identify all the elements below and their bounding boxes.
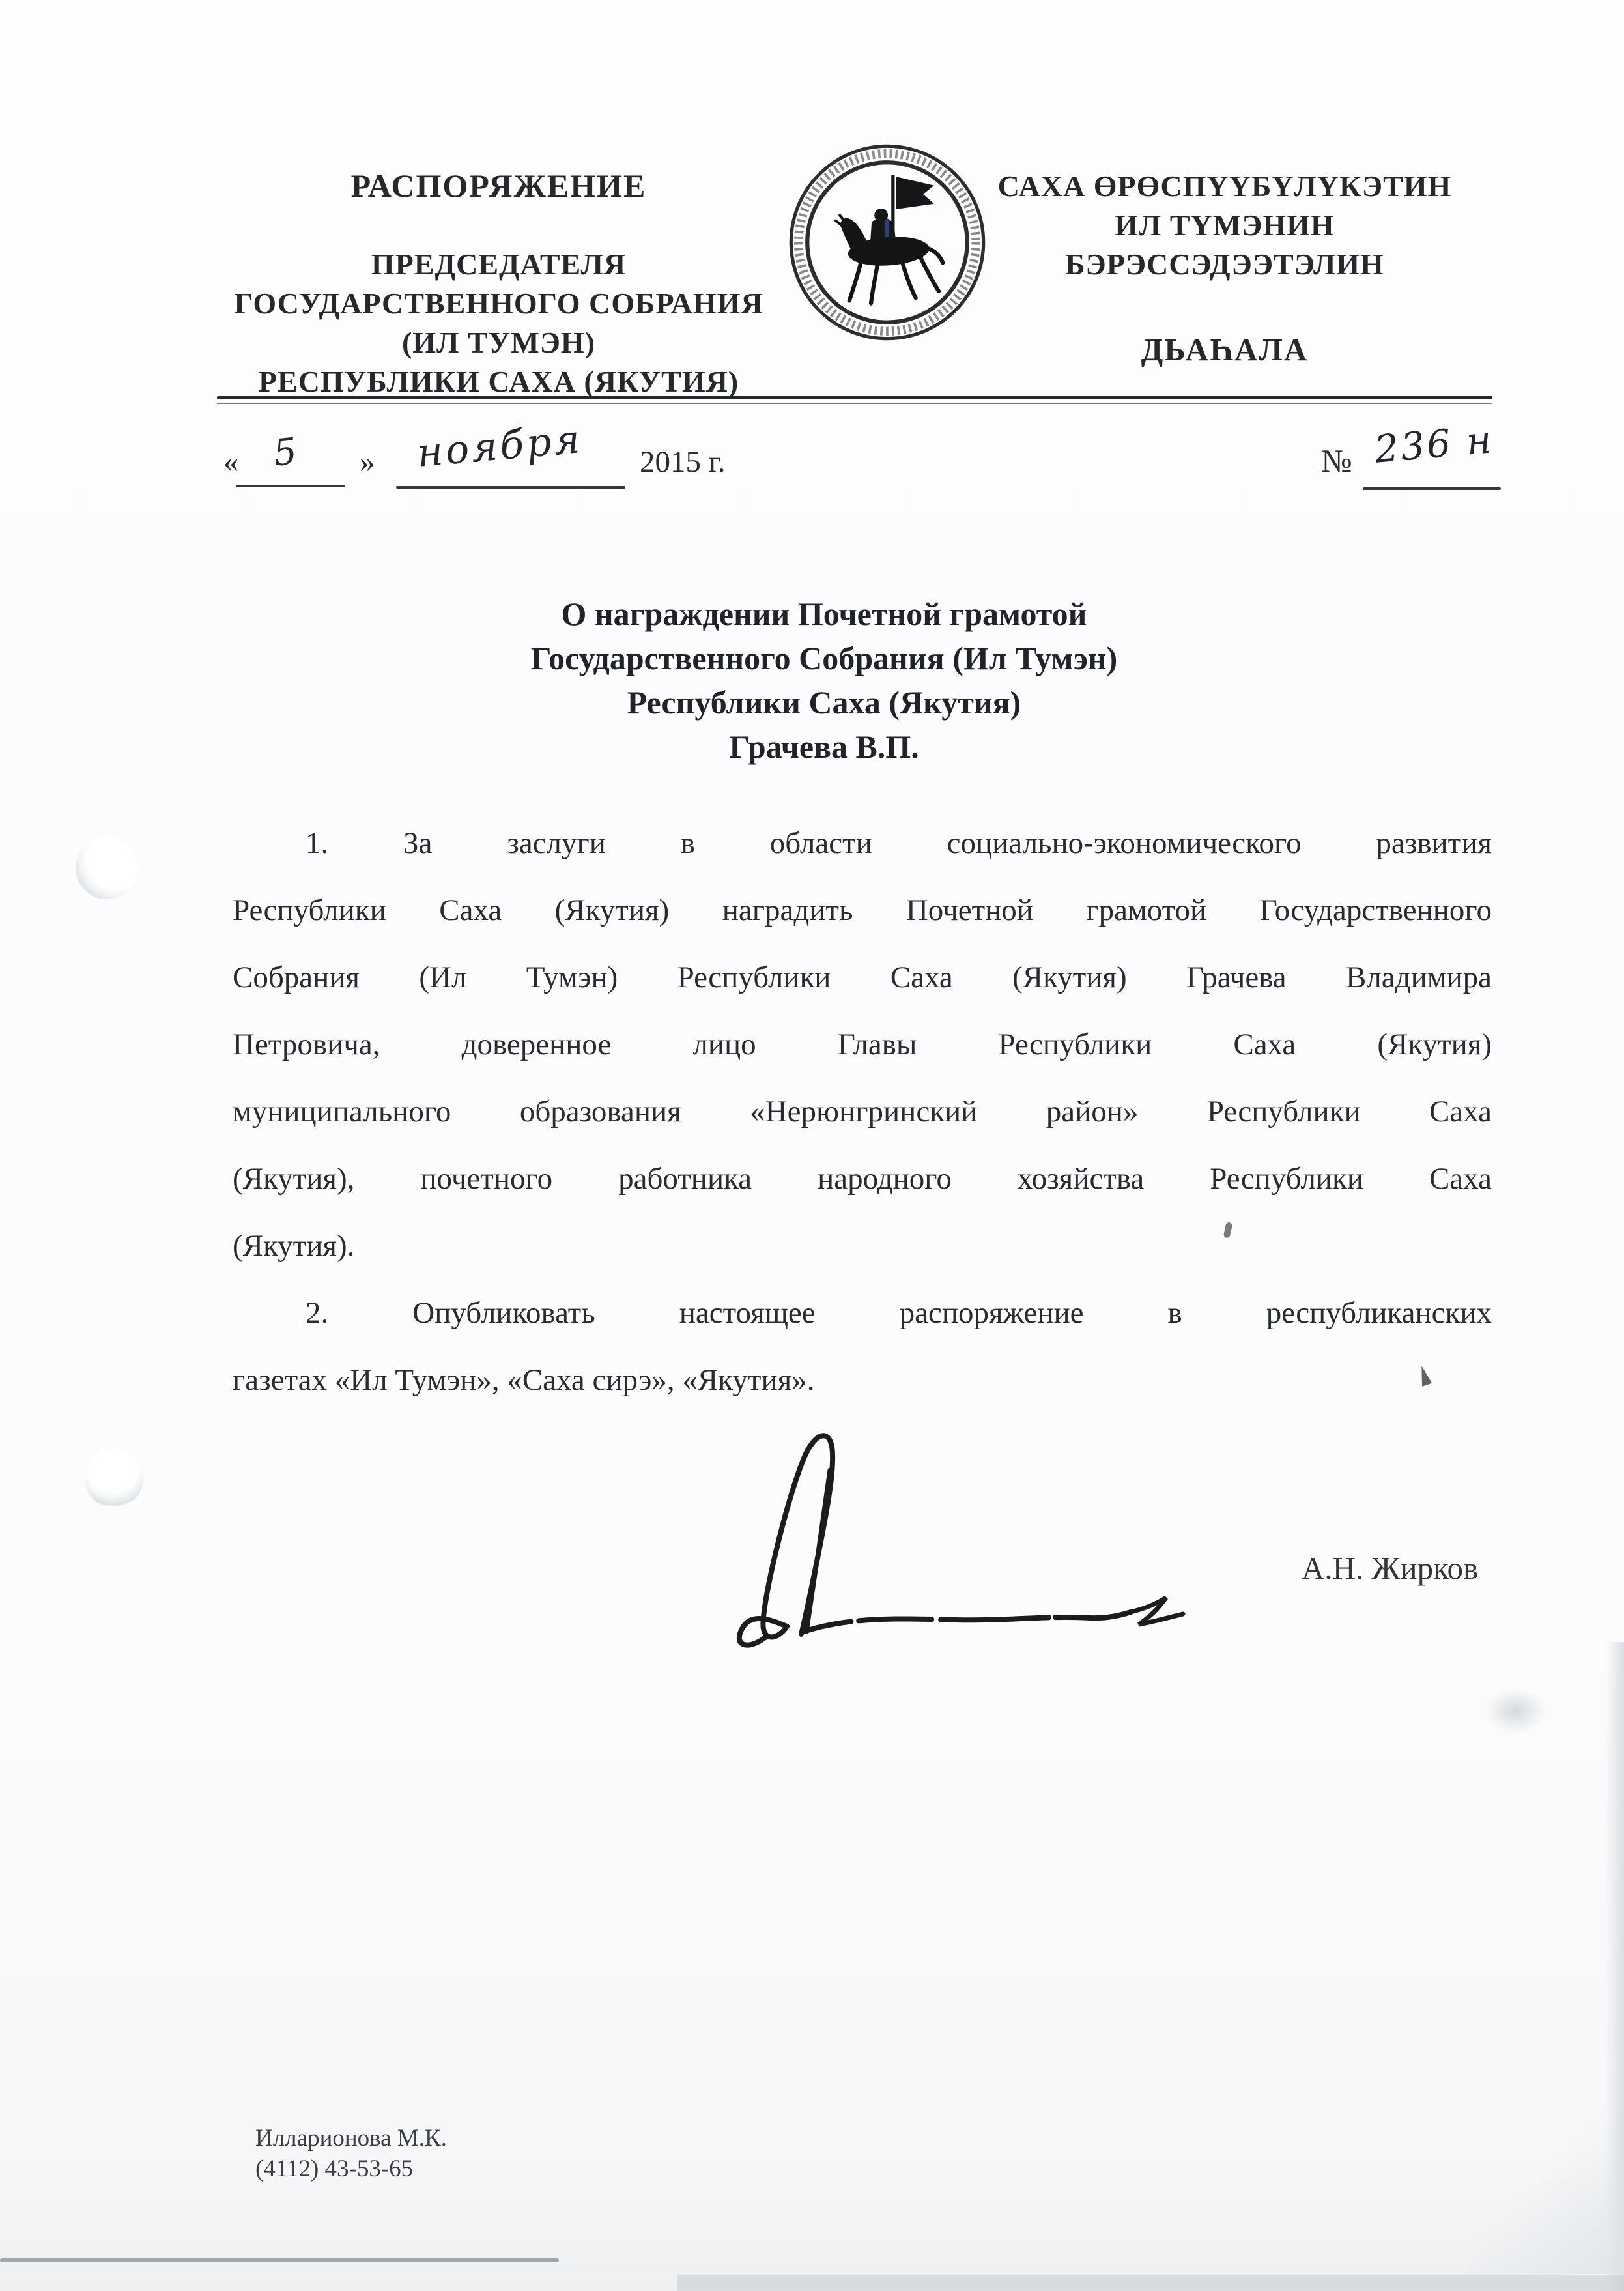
number-handwritten: 236 н [1373, 417, 1495, 472]
doc-type-yakut: ДЬАҺАЛА [964, 331, 1485, 368]
date-month-underline [396, 486, 625, 489]
document-title: О награждении Почетной грамотой Государс… [0, 592, 1624, 769]
letterhead-line: БЭРЭССЭДЭЭТЭЛИН [964, 245, 1485, 284]
executor-block: Илларионова М.К. (4112) 43-53-65 [255, 2123, 447, 2184]
scan-bottom-line [0, 2258, 559, 2262]
date-close-quote: » [360, 444, 375, 480]
letterhead-line: (ИЛ ТУМЭН) [194, 323, 803, 362]
letterhead-line: ГОСУДАРСТВЕННОГО СОБРАНИЯ [194, 284, 803, 323]
body-line: (Якутия), почетного работника народного … [233, 1147, 1492, 1215]
header-divider-shadow [217, 403, 1492, 404]
title-line: Республики Саха (Якутия) [0, 680, 1624, 725]
date-day-handwritten: 5 [272, 430, 299, 474]
document-body: 1. За заслуги в области социально-эконом… [233, 812, 1492, 1416]
number-sign: № [1321, 442, 1352, 480]
body-line: 2. Опубликовать настоящее распоряжение в… [233, 1282, 1492, 1349]
body-line: 1. За заслуги в области социально-эконом… [233, 812, 1492, 879]
sakha-state-seal-horse-rider-icon [786, 141, 989, 344]
title-line: О награждении Почетной грамотой [0, 592, 1624, 636]
title-line: Государственного Собрания (Ил Тумэн) [0, 636, 1624, 680]
doc-type-russian: РАСПОРЯЖЕНИЕ [194, 167, 803, 205]
scan-smudge [1474, 1680, 1558, 1742]
executor-phone: (4112) 43-53-65 [255, 2154, 447, 2184]
scanned-decree-page: РАСПОРЯЖЕНИЕ ПРЕДСЕДАТЕЛЯ ГОСУДАРСТВЕННО… [0, 0, 1624, 2291]
hole-punch-mark [85, 1449, 143, 1508]
body-line: Собрания (Ил Тумэн) Республики Саха (Яку… [233, 946, 1492, 1013]
header-divider [217, 396, 1492, 399]
letterhead-line: САХА ӨРӨСПҮҮБҮЛҮКЭТИН [964, 167, 1485, 206]
title-line: Грачева В.П. [0, 725, 1624, 769]
body-line: газетах «Ил Тумэн», «Саха сирэ», «Якутия… [233, 1349, 1492, 1416]
letterhead-line: ПРЕДСЕДАТЕЛЯ [194, 245, 803, 284]
letterhead-yakut: САХА ӨРӨСПҮҮБҮЛҮКЭТИН ИЛ ТҮМЭНИН БЭРЭССЭ… [964, 167, 1485, 368]
hole-punch-mark [76, 837, 138, 899]
paper-corner-shadow [1466, 2124, 1624, 2274]
date-open-quote: « [223, 444, 239, 480]
date-year: 2015 г. [640, 444, 725, 480]
letterhead-line: РЕСПУБЛИКИ САХА (ЯКУТИЯ) [194, 362, 803, 401]
body-line: Республики Саха (Якутия) наградить Почет… [233, 879, 1492, 946]
date-month-handwritten: ноября [415, 416, 584, 476]
date-day-underline [236, 485, 345, 487]
body-line: (Якутия). [233, 1215, 1492, 1282]
number-underline [1363, 487, 1501, 490]
letterhead-russian: РАСПОРЯЖЕНИЕ ПРЕДСЕДАТЕЛЯ ГОСУДАРСТВЕННО… [194, 167, 803, 401]
letterhead-line: ИЛ ТҮМЭНИН [964, 206, 1485, 245]
body-line: муниципального образования «Нерюнгрински… [233, 1080, 1492, 1147]
scan-bottom-band [677, 2275, 1624, 2291]
signer-name: А.Н. Жирков [1302, 1549, 1562, 1587]
handwritten-signature [689, 1422, 1204, 1656]
body-line: Петровича, доверенное лицо Главы Республ… [233, 1013, 1492, 1080]
executor-name: Илларионова М.К. [255, 2123, 447, 2154]
